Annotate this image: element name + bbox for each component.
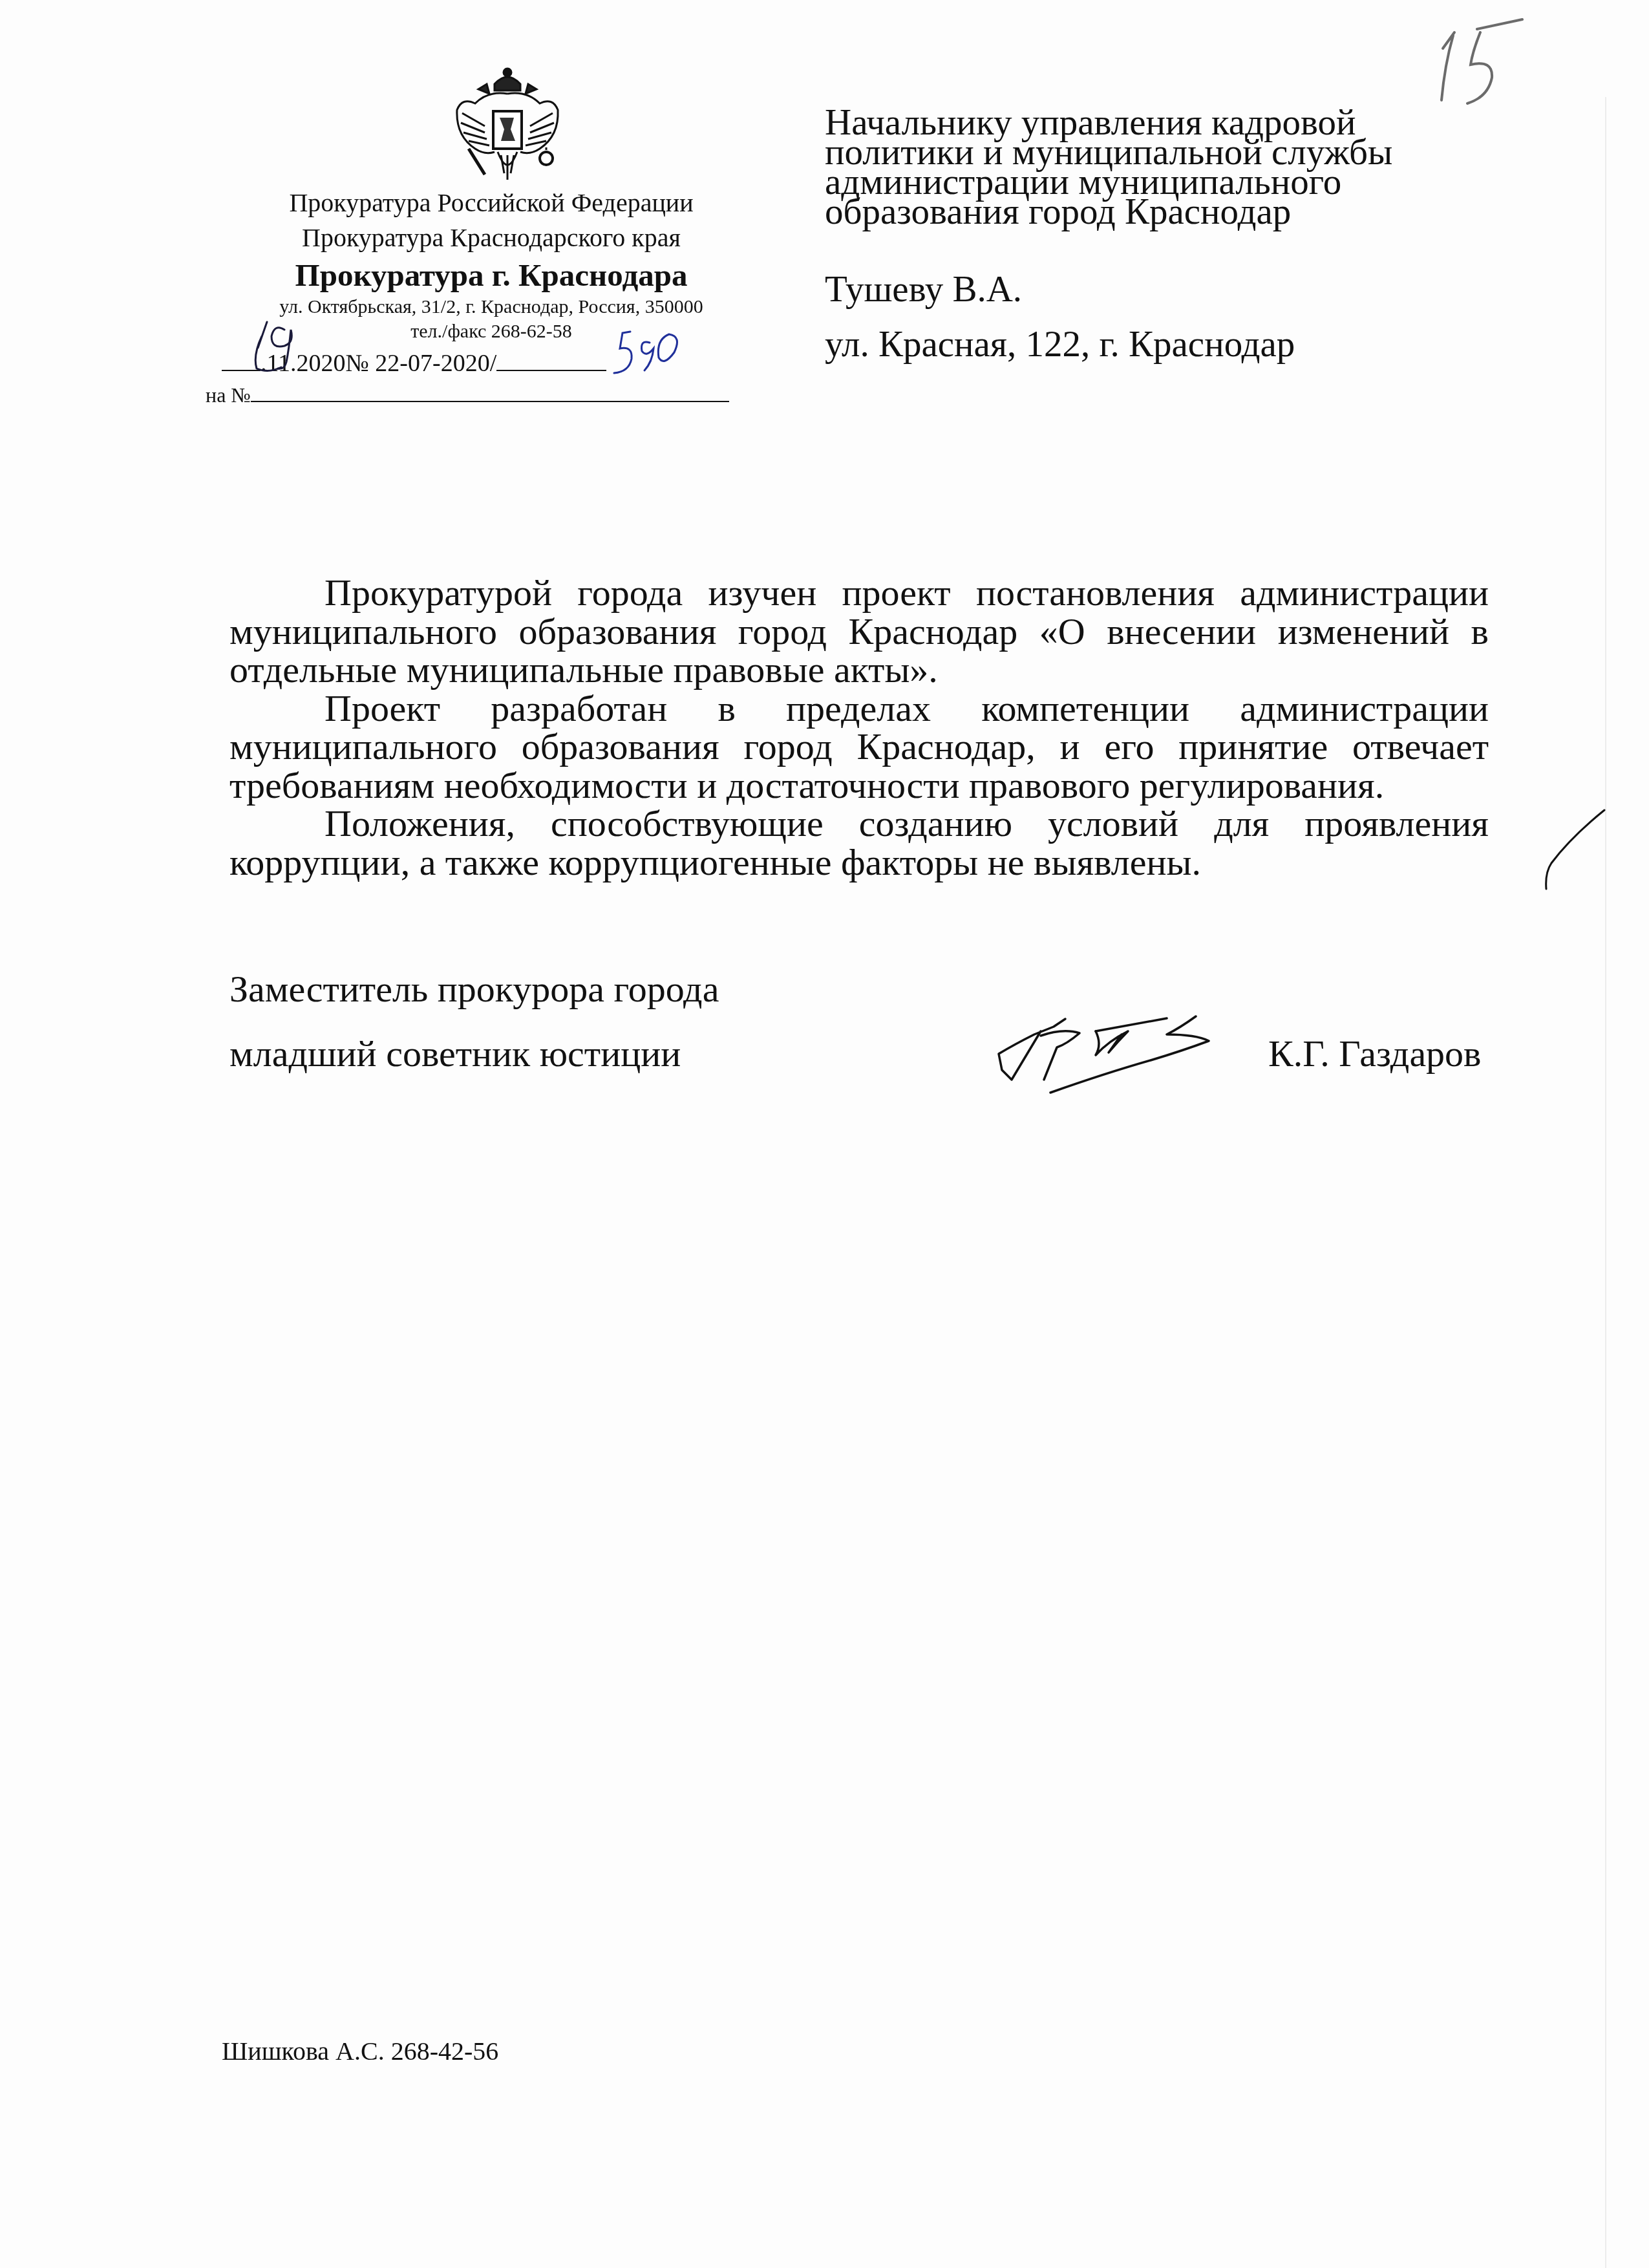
- letterhead-line-region: Прокуратура Краснодарского края: [220, 224, 763, 252]
- reference-number-blank: [251, 380, 729, 402]
- body-paragraph: Прокуратурой города изучен проект постан…: [229, 573, 1489, 689]
- margin-check-mark: [1532, 805, 1610, 915]
- recipient-address: ул. Красная, 122, г. Краснодар: [825, 325, 1295, 364]
- coat-of-arms-icon: [449, 65, 566, 184]
- scan-edge-line: [1605, 97, 1606, 2268]
- handwritten-number-590: [611, 326, 688, 378]
- reference-number-row: на №: [206, 380, 729, 407]
- document-page: Прокуратура Российской Федерации Прокура…: [0, 0, 1649, 2268]
- outgoing-number-prefix: № 22-07-2020/: [346, 350, 497, 377]
- letterhead-address: ул. Октябрьская, 31/2, г. Краснодар, Рос…: [220, 296, 763, 318]
- body-paragraph: Проект разработан в пределах компетенции…: [229, 689, 1489, 805]
- signatory-name: К.Г. Газдаров: [1268, 1034, 1482, 1073]
- recipient-position: Начальнику управления кадровой политики …: [825, 108, 1392, 227]
- handwritten-signature: [989, 1009, 1215, 1099]
- body-paragraph: Положения, способствующие созданию услов…: [229, 804, 1489, 881]
- executor-contact: Шишкова А.С. 268-42-56: [222, 2037, 498, 2066]
- reference-number-label: на №: [206, 383, 251, 407]
- letterhead-line-federation: Прокуратура Российской Федерации: [220, 189, 763, 217]
- recipient-name: Тушеву В.А.: [825, 270, 1022, 309]
- handwritten-day-19: [249, 317, 307, 375]
- outgoing-number-blank: [496, 344, 606, 371]
- signatory-rank: младший советник юстиции: [229, 1034, 681, 1073]
- page-number-handwritten-mark: [1416, 13, 1532, 110]
- signatory-title: Заместитель прокурора города: [229, 970, 719, 1009]
- letter-body: Прокуратурой города изучен проект постан…: [229, 573, 1489, 881]
- letterhead-organization-name: Прокуратура г. Краснодара: [220, 259, 763, 292]
